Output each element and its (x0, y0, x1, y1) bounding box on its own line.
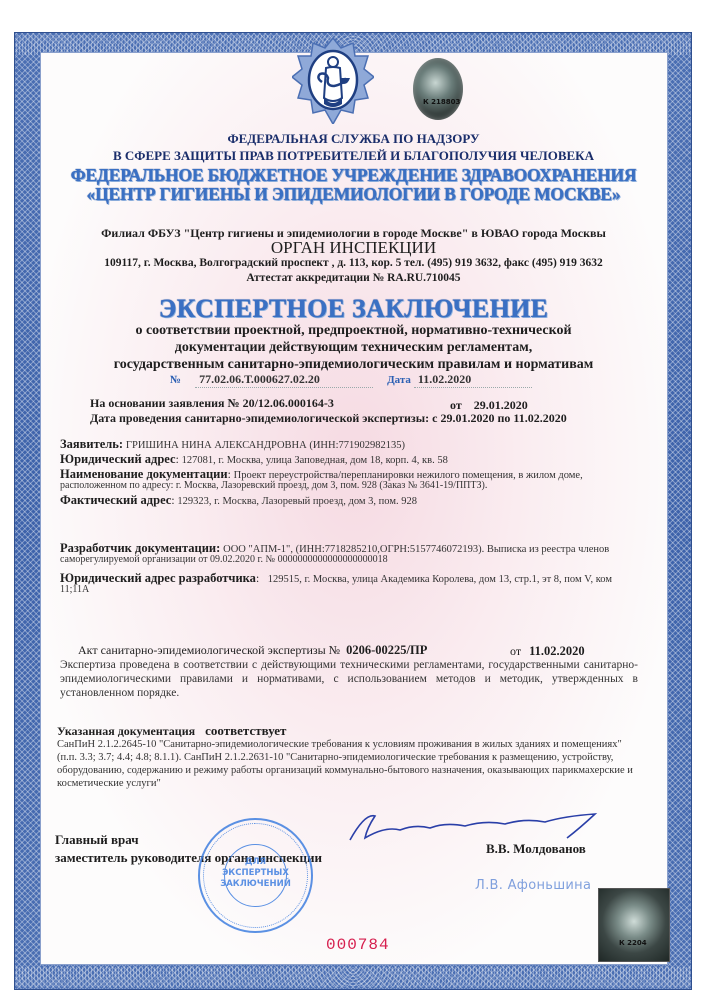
stamp-text-line2: ЭКСПЕРТНЫХ (200, 868, 311, 879)
agency-name-line2: В СФЕРЕ ЗАЩИТЫ ПРАВ ПОТРЕБИТЕЛЕЙ И БЛАГО… (0, 148, 707, 164)
document-number-line: №77.02.06.Т.000627.02.20Дата 11.02.2020 (170, 372, 532, 388)
inspection-body: ОРГАН ИНСПЕКЦИИ (0, 238, 707, 258)
name-stamp: Л.В. Афоньшина (475, 878, 591, 893)
developer-address-value: 129515, г. Москва, улица Академика Корол… (268, 574, 612, 585)
accreditation: Аттестат аккредитации № RA.RU.710045 (0, 272, 707, 284)
document-title: ЭКСПЕРТНОЕ ЗАКЛЮЧЕНИЕ (0, 294, 707, 324)
agency-name-line1: ФЕДЕРАЛЬНАЯ СЛУЖБА ПО НАДЗОРУ (0, 131, 707, 147)
application-basis: На основании заявления № 20/12.06.000164… (90, 396, 334, 411)
hologram-sticker-top: К 218803 (413, 58, 463, 120)
stamp-text-line3: ЗАКЛЮЧЕНИЙ (200, 879, 311, 890)
applicant-field: Заявитель: ГРИШИНА НИНА АЛЕКСАНДРОВНА (И… (60, 437, 405, 452)
stamp-text-line1: ДЛЯ (200, 857, 311, 868)
actual-address-field: Фактический адрес: 129323, г. Москва, Ла… (60, 493, 417, 508)
date-label: Дата (387, 374, 411, 386)
act-date-value: 11.02.2020 (529, 644, 585, 658)
round-seal-stamp: ДЛЯ ЭКСПЕРТНЫХ ЗАКЛЮЧЕНИЙ (198, 818, 313, 933)
hologram-number: К 218803 (423, 98, 460, 106)
document-subtitle-line3: государственным санитарно-эпидемиологиче… (0, 357, 707, 373)
doc-name-continuation: расположенном по адресу: г. Москва, Лазо… (60, 480, 487, 491)
applicant-value: ГРИШИНА НИНА АЛЕКСАНДРОВНА (ИНН:77190298… (126, 440, 405, 451)
norms-list: СанПиН 2.1.2.2645-10 "Санитарно-эпидемио… (57, 738, 642, 790)
signer-name: В.В. Молдованов (486, 841, 586, 857)
expertise-period: Дата проведения санитарно-эпидемиологиче… (90, 411, 567, 426)
developer-address-continuation: 11;11А (60, 584, 89, 595)
document-date: 11.02.2020 (414, 372, 532, 388)
serial-number: 000784 (326, 936, 390, 954)
developer-label: Разработчик документации: (60, 541, 220, 555)
document-number: 77.02.06.Т.000627.02.20 (195, 372, 373, 388)
hologram-bottom-number: К 2204 (619, 939, 647, 947)
document-subtitle-line1: о соответствии проектной, предпроектной,… (0, 323, 707, 339)
applicant-label: Заявитель: (60, 437, 123, 451)
conclusion-verdict: соответствует (205, 723, 286, 738)
from-label: от (450, 398, 462, 412)
institution-name-line1: ФЕДЕРАЛЬНОЕ БЮДЖЕТНОЕ УЧРЕЖДЕНИЕ ЗДРАВОО… (0, 165, 707, 186)
developer-continuation: саморегулируемой организации от 09.02.20… (60, 554, 388, 565)
developer-address-label: Юридический адрес разработчика (60, 571, 256, 585)
hygieia-emblem-icon (292, 38, 374, 124)
legal-address-field: Юридический адрес: 127081, г. Москва, ул… (60, 452, 448, 467)
legal-address-label: Юридический адрес (60, 452, 176, 466)
act-date: от11.02.2020 (510, 644, 585, 659)
act-label: Акт санитарно-эпидемиологической эксперт… (78, 643, 340, 657)
act-number: 0206-00225/ПР (346, 643, 427, 657)
doc-name-label: Наименование документации (60, 467, 228, 481)
hologram-sticker-bottom: К 2204 (598, 888, 670, 962)
application-date-value: 29.01.2020 (474, 398, 528, 412)
signer-role-line1: Главный врач (55, 832, 139, 848)
act-from-label: от (510, 644, 521, 658)
conclusion-label: Указанная документация (57, 724, 195, 738)
developer-address-field: Юридический адрес разработчика: 129515, … (60, 571, 612, 586)
actual-address-label: Фактический адрес (60, 493, 171, 507)
institution-name-line2: «ЦЕНТР ГИГИЕНЫ И ЭПИДЕМИОЛОГИИ В ГОРОДЕ … (0, 184, 707, 205)
document-subtitle-line2: документации действующим техническим рег… (0, 340, 707, 356)
legal-address-value: 127081, г. Москва, улица Заповедная, дом… (182, 455, 448, 466)
number-label: № (170, 374, 181, 386)
act-line: Акт санитарно-эпидемиологической эксперт… (78, 643, 427, 658)
conclusion-line: Указанная документациясоответствует (57, 723, 286, 739)
expertise-paragraph: Экспертиза проведена в соответствии с де… (60, 658, 638, 700)
border-pattern-bottom (15, 967, 691, 987)
issuer-address: 109117, г. Москва, Волгоградский проспек… (0, 257, 707, 269)
actual-address-value: 129323, г. Москва, Лазоревый проезд, дом… (177, 496, 417, 507)
